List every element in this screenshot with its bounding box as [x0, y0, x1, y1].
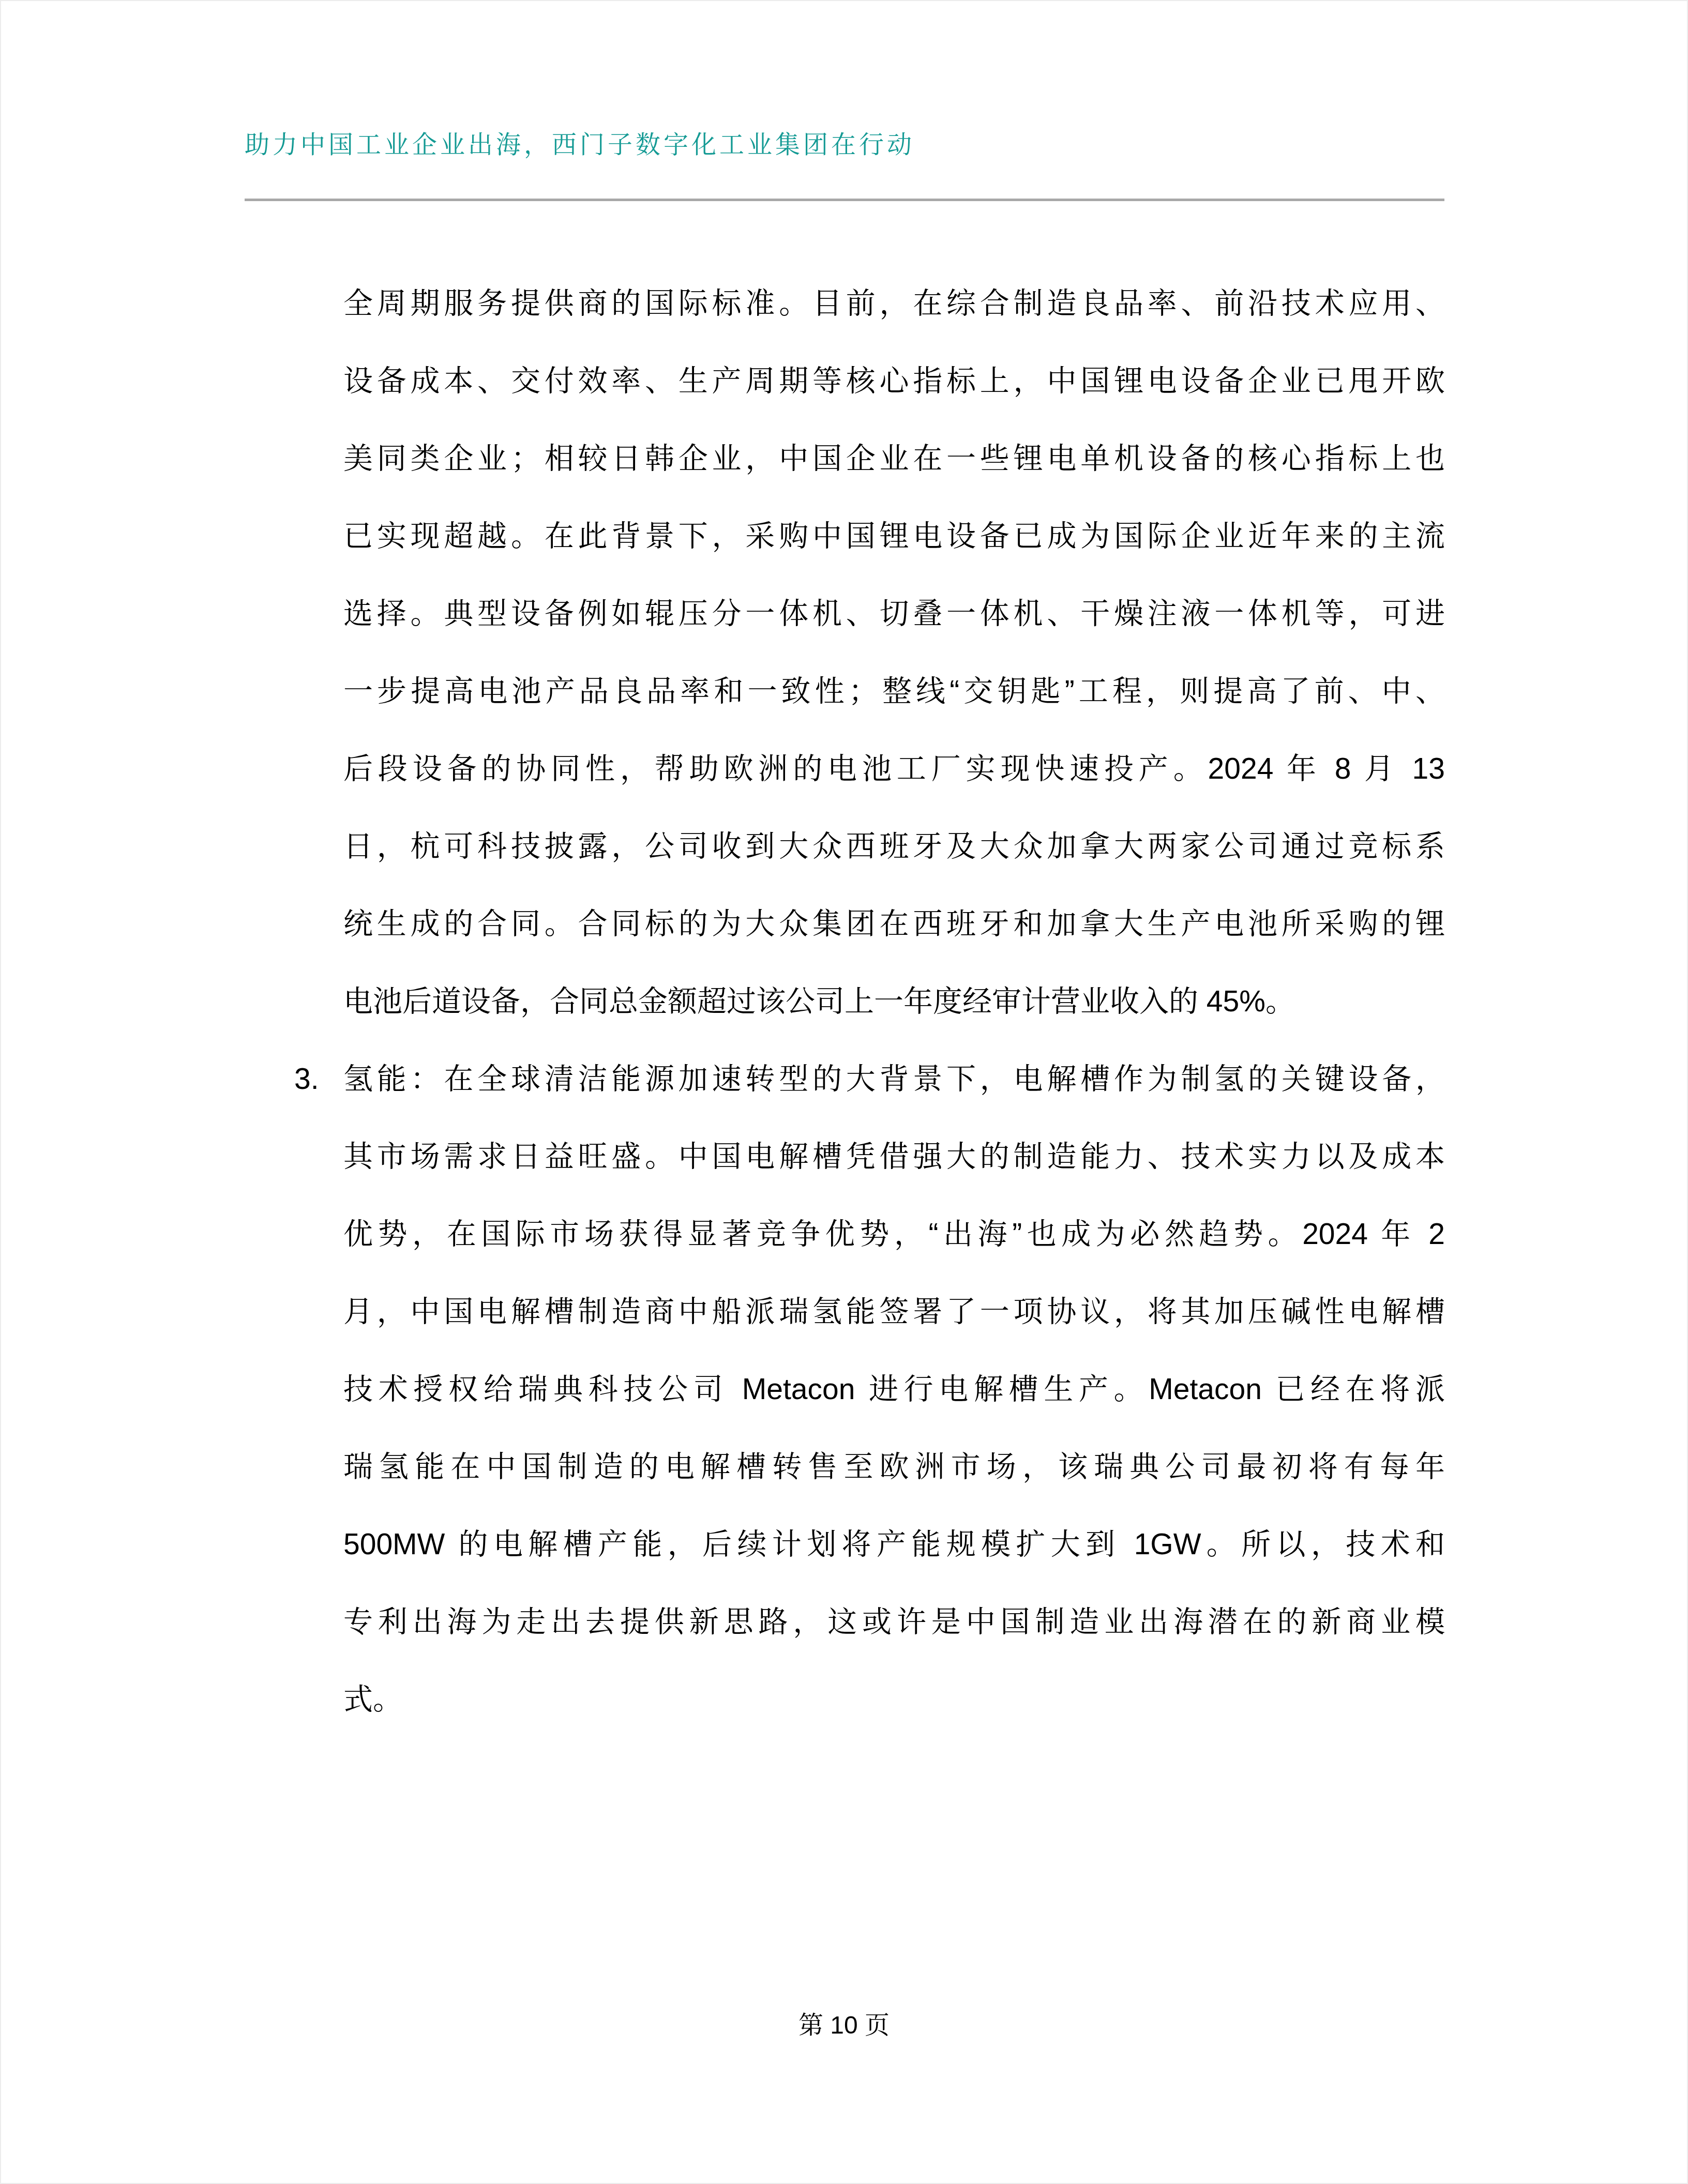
- header-divider: [245, 199, 1444, 201]
- text-line: 全周期服务提供商的国际标准。目前，在综合制造良品率、前沿技术应用、: [343, 265, 1445, 342]
- text-line: 瑞氢能在中国制造的电解槽转售至欧洲市场，该瑞典公司最初将有每年: [343, 1428, 1445, 1506]
- text-line: 日，杭可科技披露，公司收到大众西班牙及大众加拿大两家公司通过竞标系: [343, 808, 1445, 885]
- list-item-number: 3.: [294, 1040, 341, 1118]
- text-line: 选择。典型设备例如辊压分一体机、切叠一体机、干燥注液一体机等，可进: [343, 575, 1445, 653]
- text-line: 技术授权给瑞典科技公司 Metacon 进行电解槽生产。Metacon 已经在将…: [343, 1351, 1445, 1428]
- header-title: 助力中国工业企业出海，西门子数字化工业集团在行动: [245, 130, 915, 160]
- text-line: 后段设备的协同性，帮助欧洲的电池工厂实现快速投产。2024 年 8 月 13: [343, 730, 1445, 808]
- text-line: 专利出海为走出去提供新思路，这或许是中国制造业出海潜在的新商业模: [343, 1583, 1445, 1661]
- list-item-3-first-line: 3.氢能：在全球清洁能源加速转型的大背景下，电解槽作为制氢的关键设备，: [343, 1040, 1445, 1118]
- text-line: 优势，在国际市场获得显著竞争优势，“出海”也成为必然趋势。2024 年 2: [343, 1195, 1445, 1273]
- text-line: 式。: [343, 1661, 1445, 1738]
- text-line: 其市场需求日益旺盛。中国电解槽凭借强大的制造能力、技术实力以及成本: [343, 1118, 1445, 1195]
- text-line: 氢能：在全球清洁能源加速转型的大背景下，电解槽作为制氢的关键设备，: [343, 1063, 1445, 1096]
- text-line: 500MW 的电解槽产能，后续计划将产能规模扩大到 1GW。所以，技术和: [343, 1506, 1445, 1583]
- page-number: 第 10 页: [1, 2003, 1687, 2049]
- text-line: 统生成的合同。合同标的为大众集团在西班牙和加拿大生产电池所采购的锂: [343, 885, 1445, 963]
- body-text: 全周期服务提供商的国际标准。目前，在综合制造良品率、前沿技术应用、 设备成本、交…: [343, 265, 1445, 1738]
- text-line: 一步提高电池产品良品率和一致性；整线“交钥匙”工程，则提高了前、中、: [343, 653, 1445, 730]
- text-line: 美同类企业；相较日韩企业，中国企业在一些锂电单机设备的核心指标上也: [343, 420, 1445, 497]
- text-line: 已实现超越。在此背景下，采购中国锂电设备已成为国际企业近年来的主流: [343, 497, 1445, 575]
- text-line: 月，中国电解槽制造商中船派瑞氢能签署了一项协议，将其加压碱性电解槽: [343, 1273, 1445, 1351]
- document-page: 助力中国工业企业出海，西门子数字化工业集团在行动 全周期服务提供商的国际标准。目…: [0, 0, 1688, 2184]
- text-line: 电池后道设备，合同总金额超过该公司上一年度经审计营业收入的 45%。: [343, 963, 1445, 1040]
- text-line: 设备成本、交付效率、生产周期等核心指标上，中国锂电设备企业已甩开欧: [343, 342, 1445, 420]
